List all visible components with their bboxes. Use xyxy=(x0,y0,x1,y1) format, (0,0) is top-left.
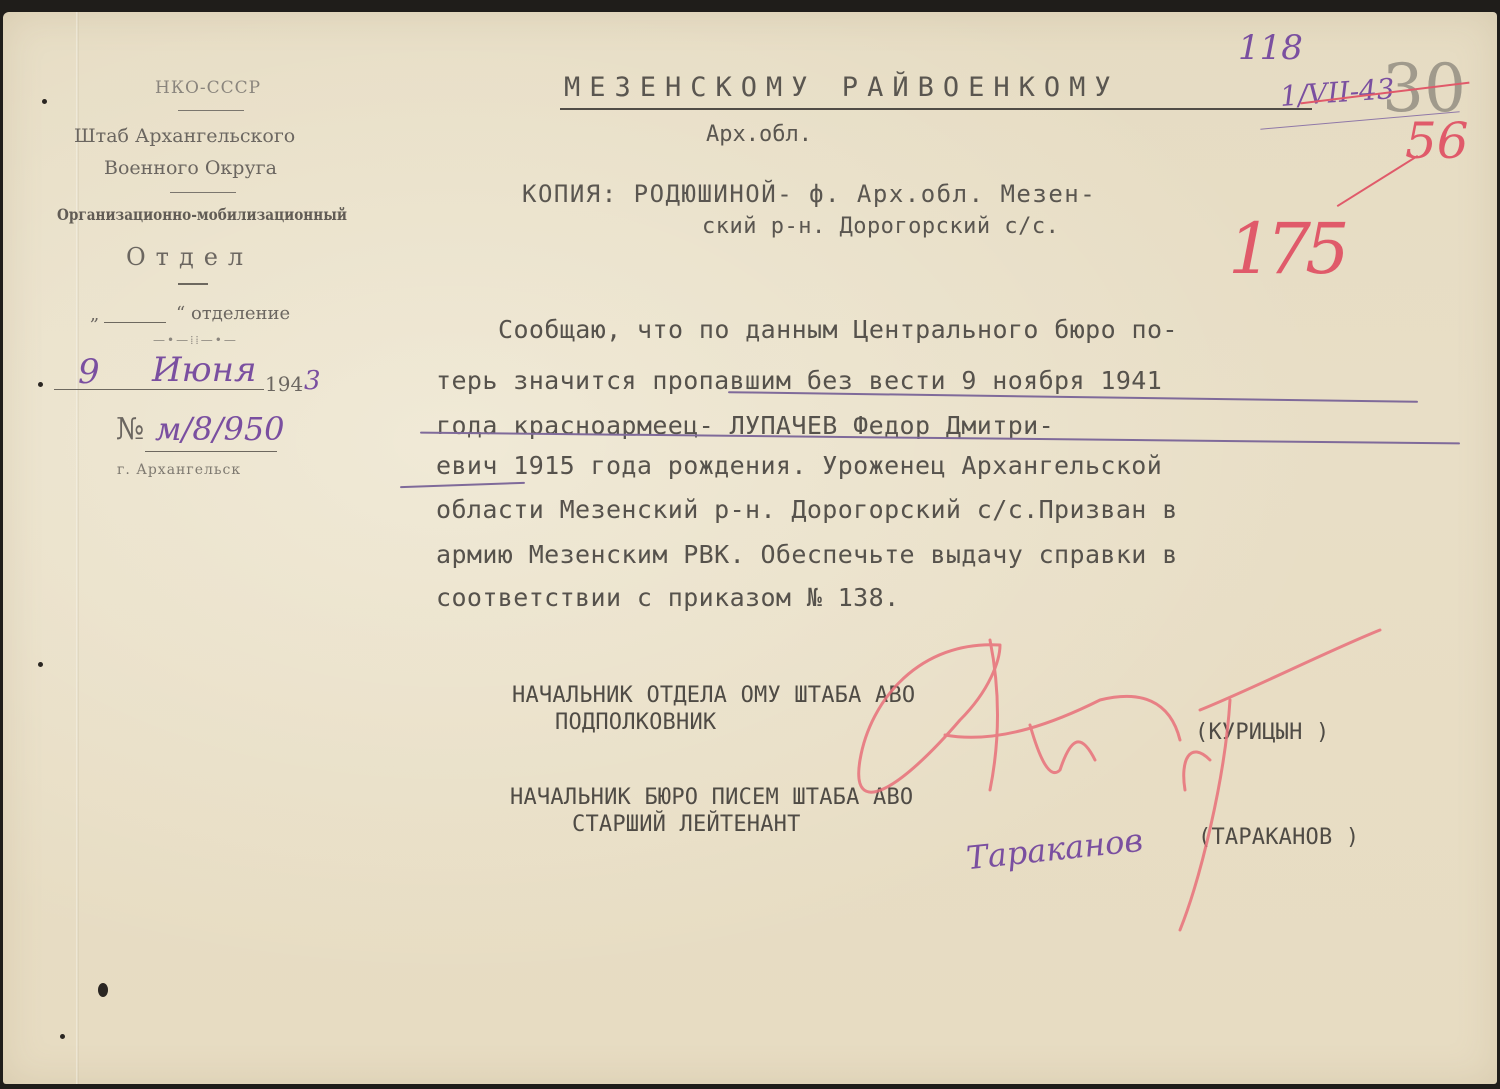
red-pencil-signature-icon xyxy=(0,0,1500,1089)
